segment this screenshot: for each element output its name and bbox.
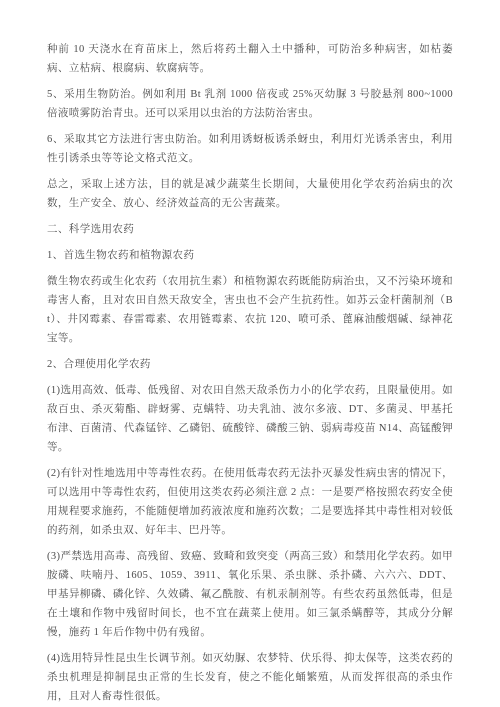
paragraph-bio-pesticide-detail: 微生物农药或生化农药（农用抗生素）和植物源农药既能防病治虫，又不污染环境和毒害人… <box>47 272 453 348</box>
paragraph-point-3-banned-pesticides: (3)严禁选用高毒、高残留、致癌、致畸和致突变（两高三致）和禁用化学农药。如甲胺… <box>47 547 453 642</box>
paragraph-summary: 总之，采取上述方法，目的就是减少蔬菜生长期间，大量使用化学农药治病虫的次数，生产… <box>47 175 453 213</box>
document-page: 种前 10 天浇水在育苗床上，然后将药土翻入土中播种，可防治多种病害，如枯萎病、… <box>0 0 500 707</box>
sub-heading-rational-chemical-use: 2、合理使用化学农药 <box>47 355 453 374</box>
document-body: 种前 10 天浇水在育苗床上，然后将药土翻入土中播种，可防治多种病害，如枯萎病、… <box>47 40 453 706</box>
paragraph-seed-treatment-continued: 种前 10 天浇水在育苗床上，然后将药土翻入土中播种，可防治多种病害，如枯萎病、… <box>47 40 453 78</box>
paragraph-point-4-growth-regulators: (4)选用特异性昆虫生长调节剂。如灭幼脲、农梦特、伏乐得、抑太保等，这类农药的杀… <box>47 649 453 706</box>
paragraph-item-6-other-methods: 6、采取其它方法进行害虫防治。如利用诱蚜板诱杀蚜虫，利用灯光诱杀害虫，利用性引诱… <box>47 130 453 168</box>
paragraph-item-5-bio-control: 5、采用生物防治。例如利用 Bt 乳剂 1000 倍夜或 25%灭幼脲 3 号胶… <box>47 85 453 123</box>
paragraph-point-2-medium-toxicity: (2)有针对性地选用中等毒性农药。在使用低毒农药无法扑灭暴发性病虫害的情况下，可… <box>47 464 453 540</box>
section-heading-scientific-pesticide-selection: 二、科学选用农药 <box>47 220 453 239</box>
paragraph-point-1-low-toxicity: (1)选用高效、低毒、低残留、对农田自然天敌杀伤力小的化学农药，且限量使用。如敌… <box>47 381 453 457</box>
sub-heading-bio-pesticides-first: 1、首选生物农药和植物源农药 <box>47 246 453 265</box>
